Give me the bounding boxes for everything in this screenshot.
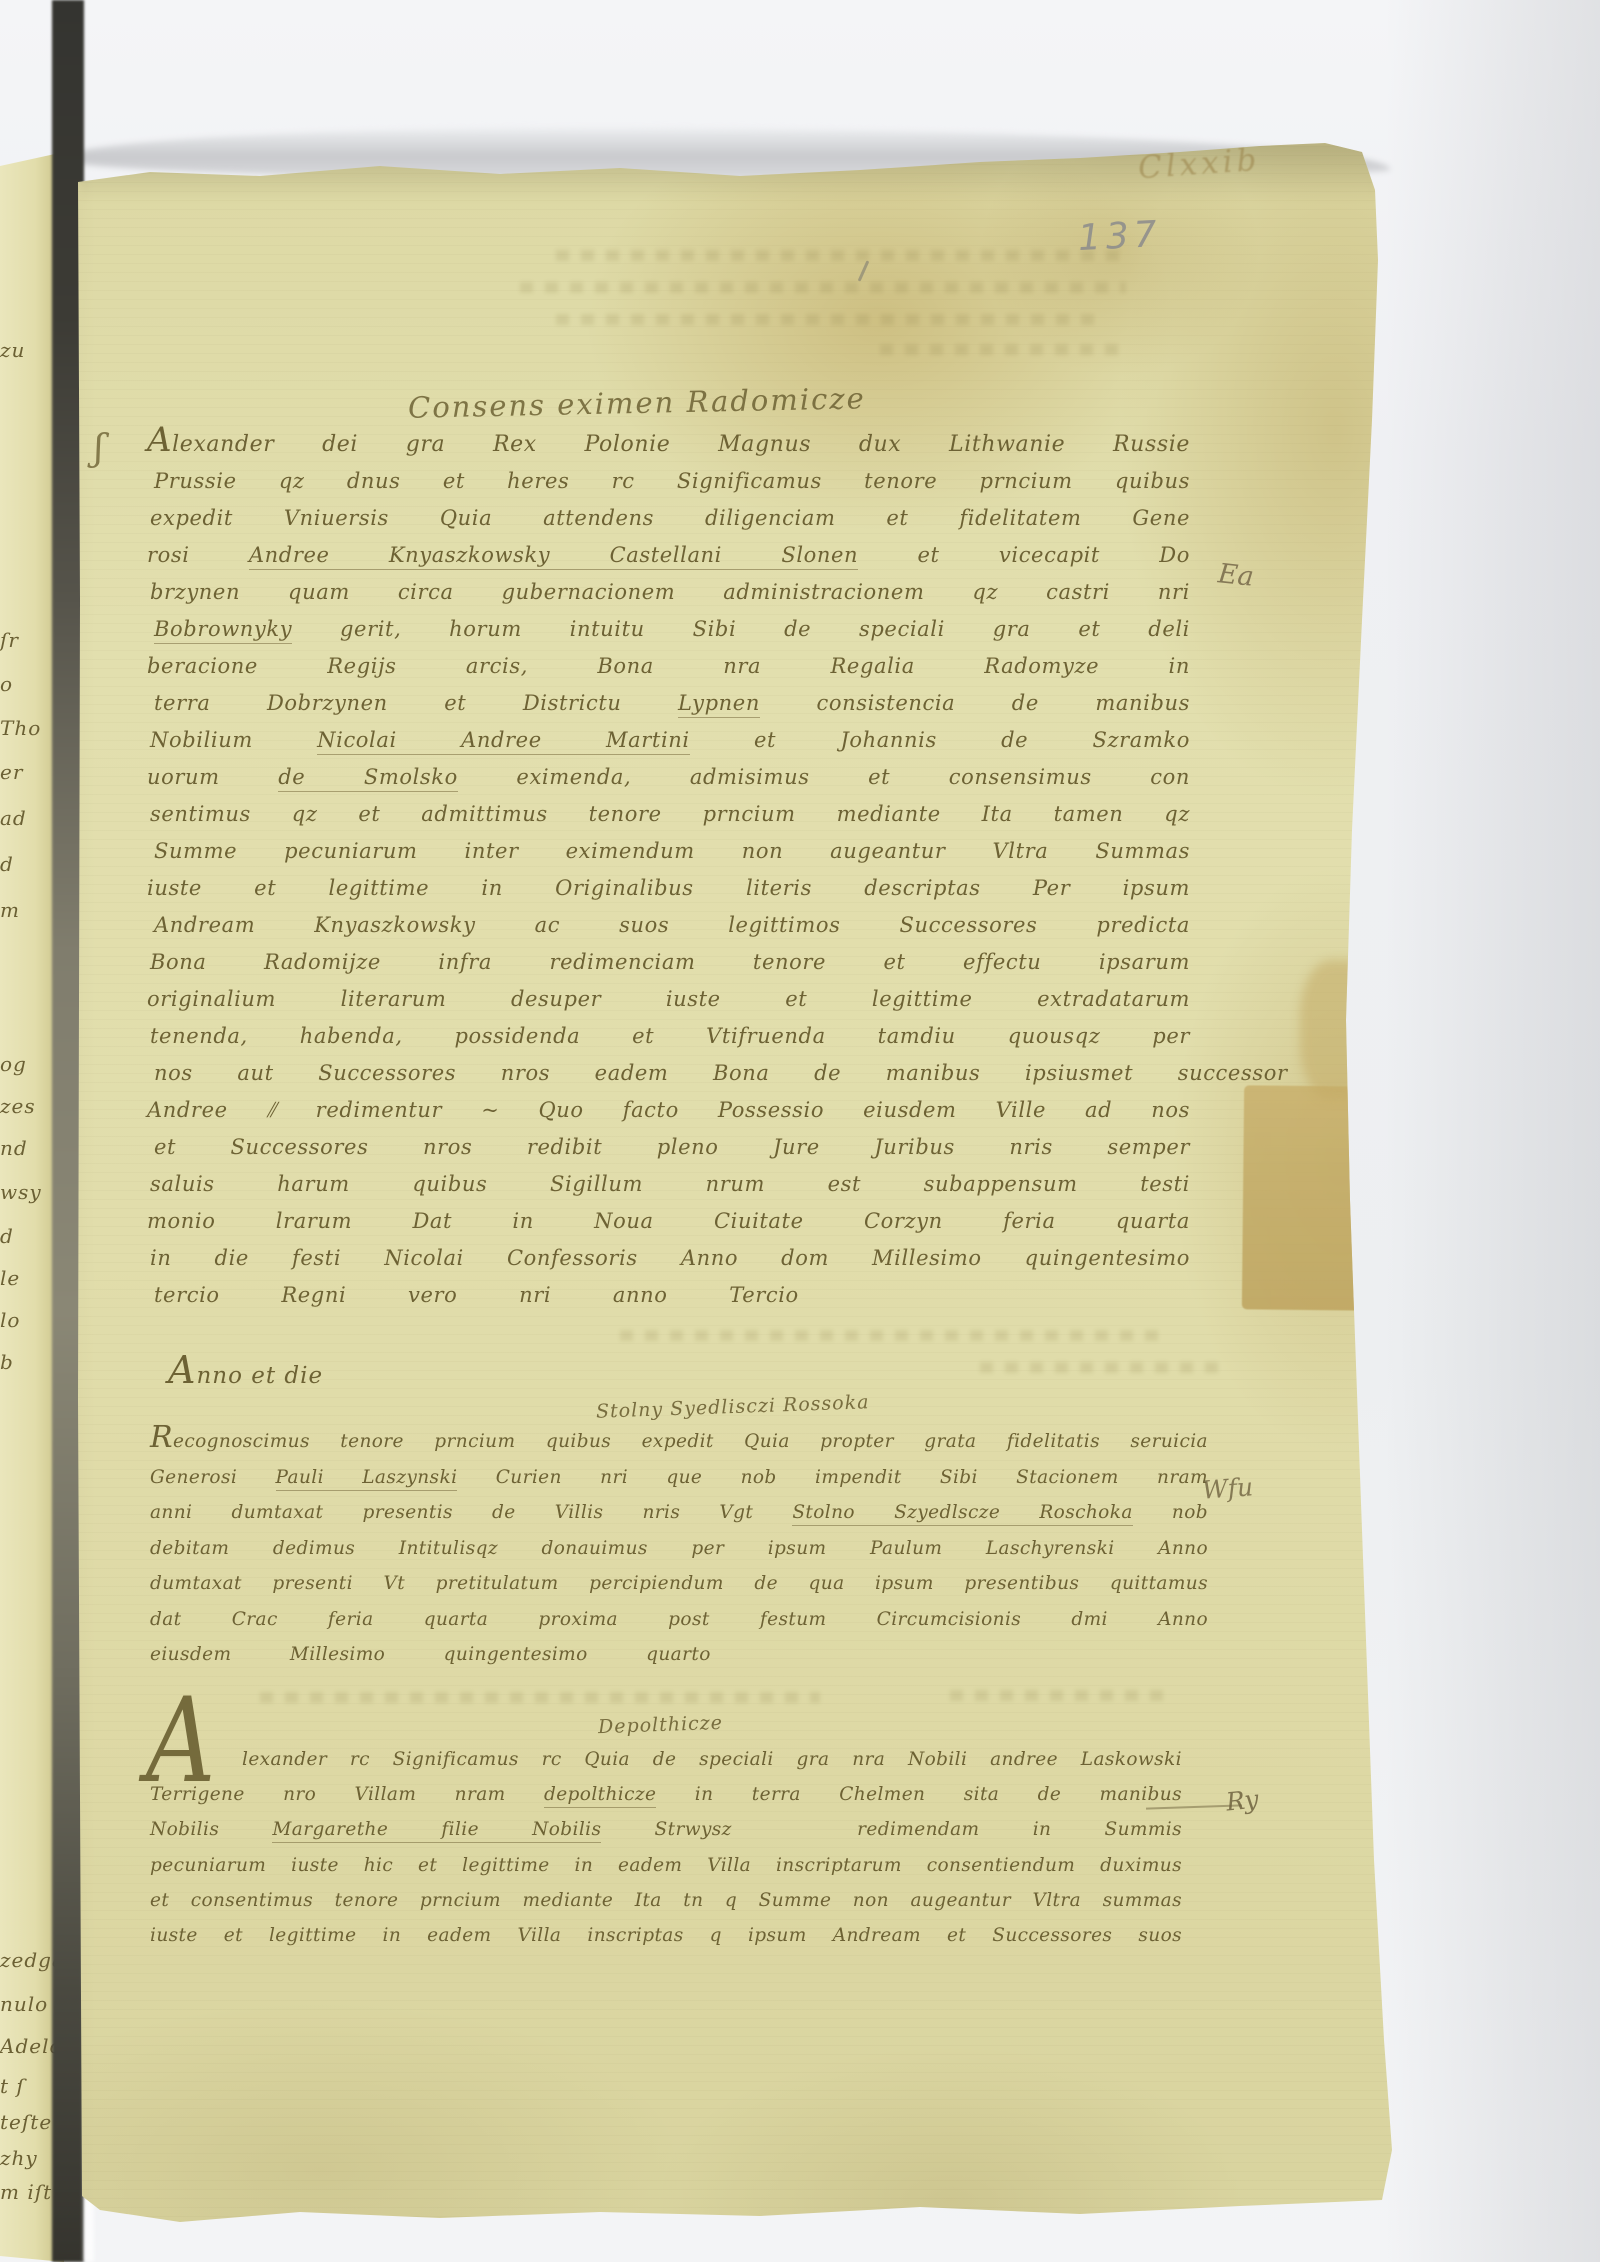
manuscript-line: iuste et legittime in eadem Villa inscri… <box>150 1918 1182 1953</box>
facing-page-text-fragment: m <box>0 898 58 922</box>
manuscript-line: monio lrarum Dat in Noua Ciuitate Corzyn… <box>147 1203 1190 1240</box>
entry2-text-block: Recognoscimus tenore prncium quibus expe… <box>150 1420 1208 1673</box>
manuscript-line: rosi Andree Knyaszkowsky Castellani Slon… <box>147 537 1190 574</box>
facing-page-text-fragment: nulo <box>0 1992 58 2016</box>
facing-page-text-fragment: ſr <box>0 628 58 652</box>
facing-page-text-fragment: wsy <box>0 1180 58 1204</box>
bleedthrough-line <box>880 344 1120 355</box>
manuscript-line: originalium literarum desuper iuste et l… <box>147 981 1190 1018</box>
manuscript-line: in die festi Nicolai Confessoris Anno do… <box>150 1240 1190 1277</box>
entry1-text-block: Alexander dei gra Rex Polonie Magnus dux… <box>150 422 1190 1314</box>
manuscript-line: anni dumtaxat presentis de Villis nris V… <box>150 1495 1208 1531</box>
manuscript-line: Generosi Pauli Laszynski Curien nri que … <box>150 1460 1208 1496</box>
manuscript-line: Andream Knyaszkowsky ac suos legittimos … <box>154 907 1190 944</box>
bleedthrough-line <box>556 250 1122 261</box>
manuscript-line: Andree ⫽ redimentur ~ Quo facto Possessi… <box>147 1092 1190 1129</box>
bleedthrough-line <box>980 1362 1220 1373</box>
manuscript-line: eiusdem Millesimo quingentesimo quarto <box>150 1637 711 1673</box>
manuscript-line: Bobrownyky gerit, horum intuitu Sibi de … <box>154 611 1190 648</box>
manuscript-line: Terrigene nro Villam nram depolthicze in… <box>150 1777 1182 1812</box>
facing-page-text-fragment: Tho <box>0 716 58 740</box>
facing-page-text-fragment: zu <box>0 338 58 362</box>
entry2-heading: Stolny Syedlisczi Rossoka <box>596 1391 870 1423</box>
facing-page-text-fragment: er <box>0 760 58 784</box>
facing-page-text-fragment: o <box>0 672 58 696</box>
manuscript-line: expedit Vniuersis Quia attendens diligen… <box>150 500 1190 537</box>
background-shading <box>1385 0 1600 2262</box>
manuscript-line: dumtaxat presenti Vt pretitulatum percip… <box>150 1566 1208 1602</box>
facing-page-text-fragment: d <box>0 852 58 876</box>
manuscript-line: saluis harum quibus Sigillum nrum est su… <box>150 1166 1190 1203</box>
bleedthrough-line <box>620 1330 1160 1341</box>
manuscript-line: Alexander dei gra Rex Polonie Magnus dux… <box>147 422 1190 463</box>
facing-page-text-fragment: zedga <box>0 1948 58 1972</box>
facing-page-text-fragment: le <box>0 1266 58 1290</box>
facing-page-text-fragment: t ſ <box>0 2074 58 2098</box>
manuscript-line: terra Dobrzynen et Districtu Lypnen cons… <box>154 685 1190 722</box>
manuscript-line: et consentimus tenore prncium mediante I… <box>150 1883 1182 1918</box>
manuscript-line: pecuniarum iuste hic et legittime in ead… <box>150 1848 1182 1883</box>
manuscript-line: beracione Regijs arcis, Bona nra Regalia… <box>147 648 1190 685</box>
repair-tape-patch <box>1242 1085 1376 1310</box>
manuscript-line: Nobilium Nicolai Andree Martini et Johan… <box>150 722 1190 759</box>
manuscript-line: Recognoscimus tenore prncium quibus expe… <box>150 1420 1208 1460</box>
facing-page-text-fragment: og <box>0 1052 58 1076</box>
facing-page-text-fragment: zes <box>0 1094 58 1118</box>
entry1-heading: Consens eximen Radomicze <box>408 381 866 425</box>
manuscript-scan: zuſroThoeraddmogzesndwsydlelobzedganuloA… <box>0 0 1600 2262</box>
facing-page-text-fragment: m iſt <box>0 2180 58 2204</box>
manuscript-line: Prussie qz dnus et heres rc Significamus… <box>154 463 1190 500</box>
facing-page-text-fragment: lo <box>0 1308 58 1332</box>
facing-page-text-fragment: d <box>0 1224 58 1248</box>
facing-page-text-fragment: Adelch <box>0 2034 58 2058</box>
folio-number-pencil: 137 <box>1077 214 1163 259</box>
facing-page-text-fragment: nd <box>0 1136 58 1160</box>
entry3-margin-note: Ry <box>1225 1784 1260 1816</box>
entry3-heading: Depolthicze <box>598 1712 724 1738</box>
parchment-page: Clxxib 137 Consens eximen Radomicze ʃ Al… <box>0 0 1600 2262</box>
manuscript-line: tercio Regni vero nri anno Tercio <box>154 1277 799 1314</box>
bleedthrough-line <box>950 1690 1170 1701</box>
stain-patch <box>1300 960 1378 1100</box>
manuscript-line: Bona Radomijze infra redimenciam tenore … <box>150 944 1190 981</box>
manuscript-line: nos aut Successores nros eadem Bona de m… <box>154 1055 1288 1092</box>
entry2-dateline: Anno et die <box>168 1348 323 1392</box>
manuscript-line: tenenda, habenda, possidenda et Vtifruen… <box>150 1018 1190 1055</box>
entry2-margin-note: Wfu <box>1201 1472 1254 1504</box>
manuscript-line: iuste et legittime in Originalibus liter… <box>147 870 1190 907</box>
manuscript-line: Summe pecuniarum inter eximendum non aug… <box>154 833 1190 870</box>
manuscript-line: debitam dedimus Intitulisqz donauimus pe… <box>150 1531 1208 1567</box>
stray-ink-tick <box>858 260 870 281</box>
facing-page-text-fragment: b <box>0 1350 58 1374</box>
manuscript-line: uorum de Smolsko eximenda, admisimus et … <box>147 759 1190 796</box>
entry3-text-block: lexander rc Significamus rc Quia de spec… <box>150 1742 1182 1953</box>
manuscript-line: brzynen quam circa gubernacionem adminis… <box>150 574 1190 611</box>
manuscript-line: sentimus qz et admittimus tenore prncium… <box>150 796 1190 833</box>
facing-page-text-fragment: zhy <box>0 2146 58 2170</box>
manuscript-line: Nobilis Margarethe filie Nobilis Strwysz… <box>150 1812 1182 1847</box>
bleedthrough-line <box>556 314 1096 325</box>
manuscript-line: dat Crac feria quarta proxima post festu… <box>150 1602 1208 1638</box>
manuscript-line: et Successores nros redibit pleno Jure J… <box>154 1129 1190 1166</box>
bleedthrough-line <box>520 282 1126 293</box>
bleedthrough-line <box>260 1692 820 1703</box>
manuscript-line: lexander rc Significamus rc Quia de spec… <box>150 1742 1182 1777</box>
entry1-margin-note: Ea <box>1216 558 1255 593</box>
marginal-paraph: ʃ <box>94 428 104 469</box>
facing-page-text-fragment: ad <box>0 806 58 830</box>
facing-page-text-fragment: teſte <box>0 2110 58 2134</box>
